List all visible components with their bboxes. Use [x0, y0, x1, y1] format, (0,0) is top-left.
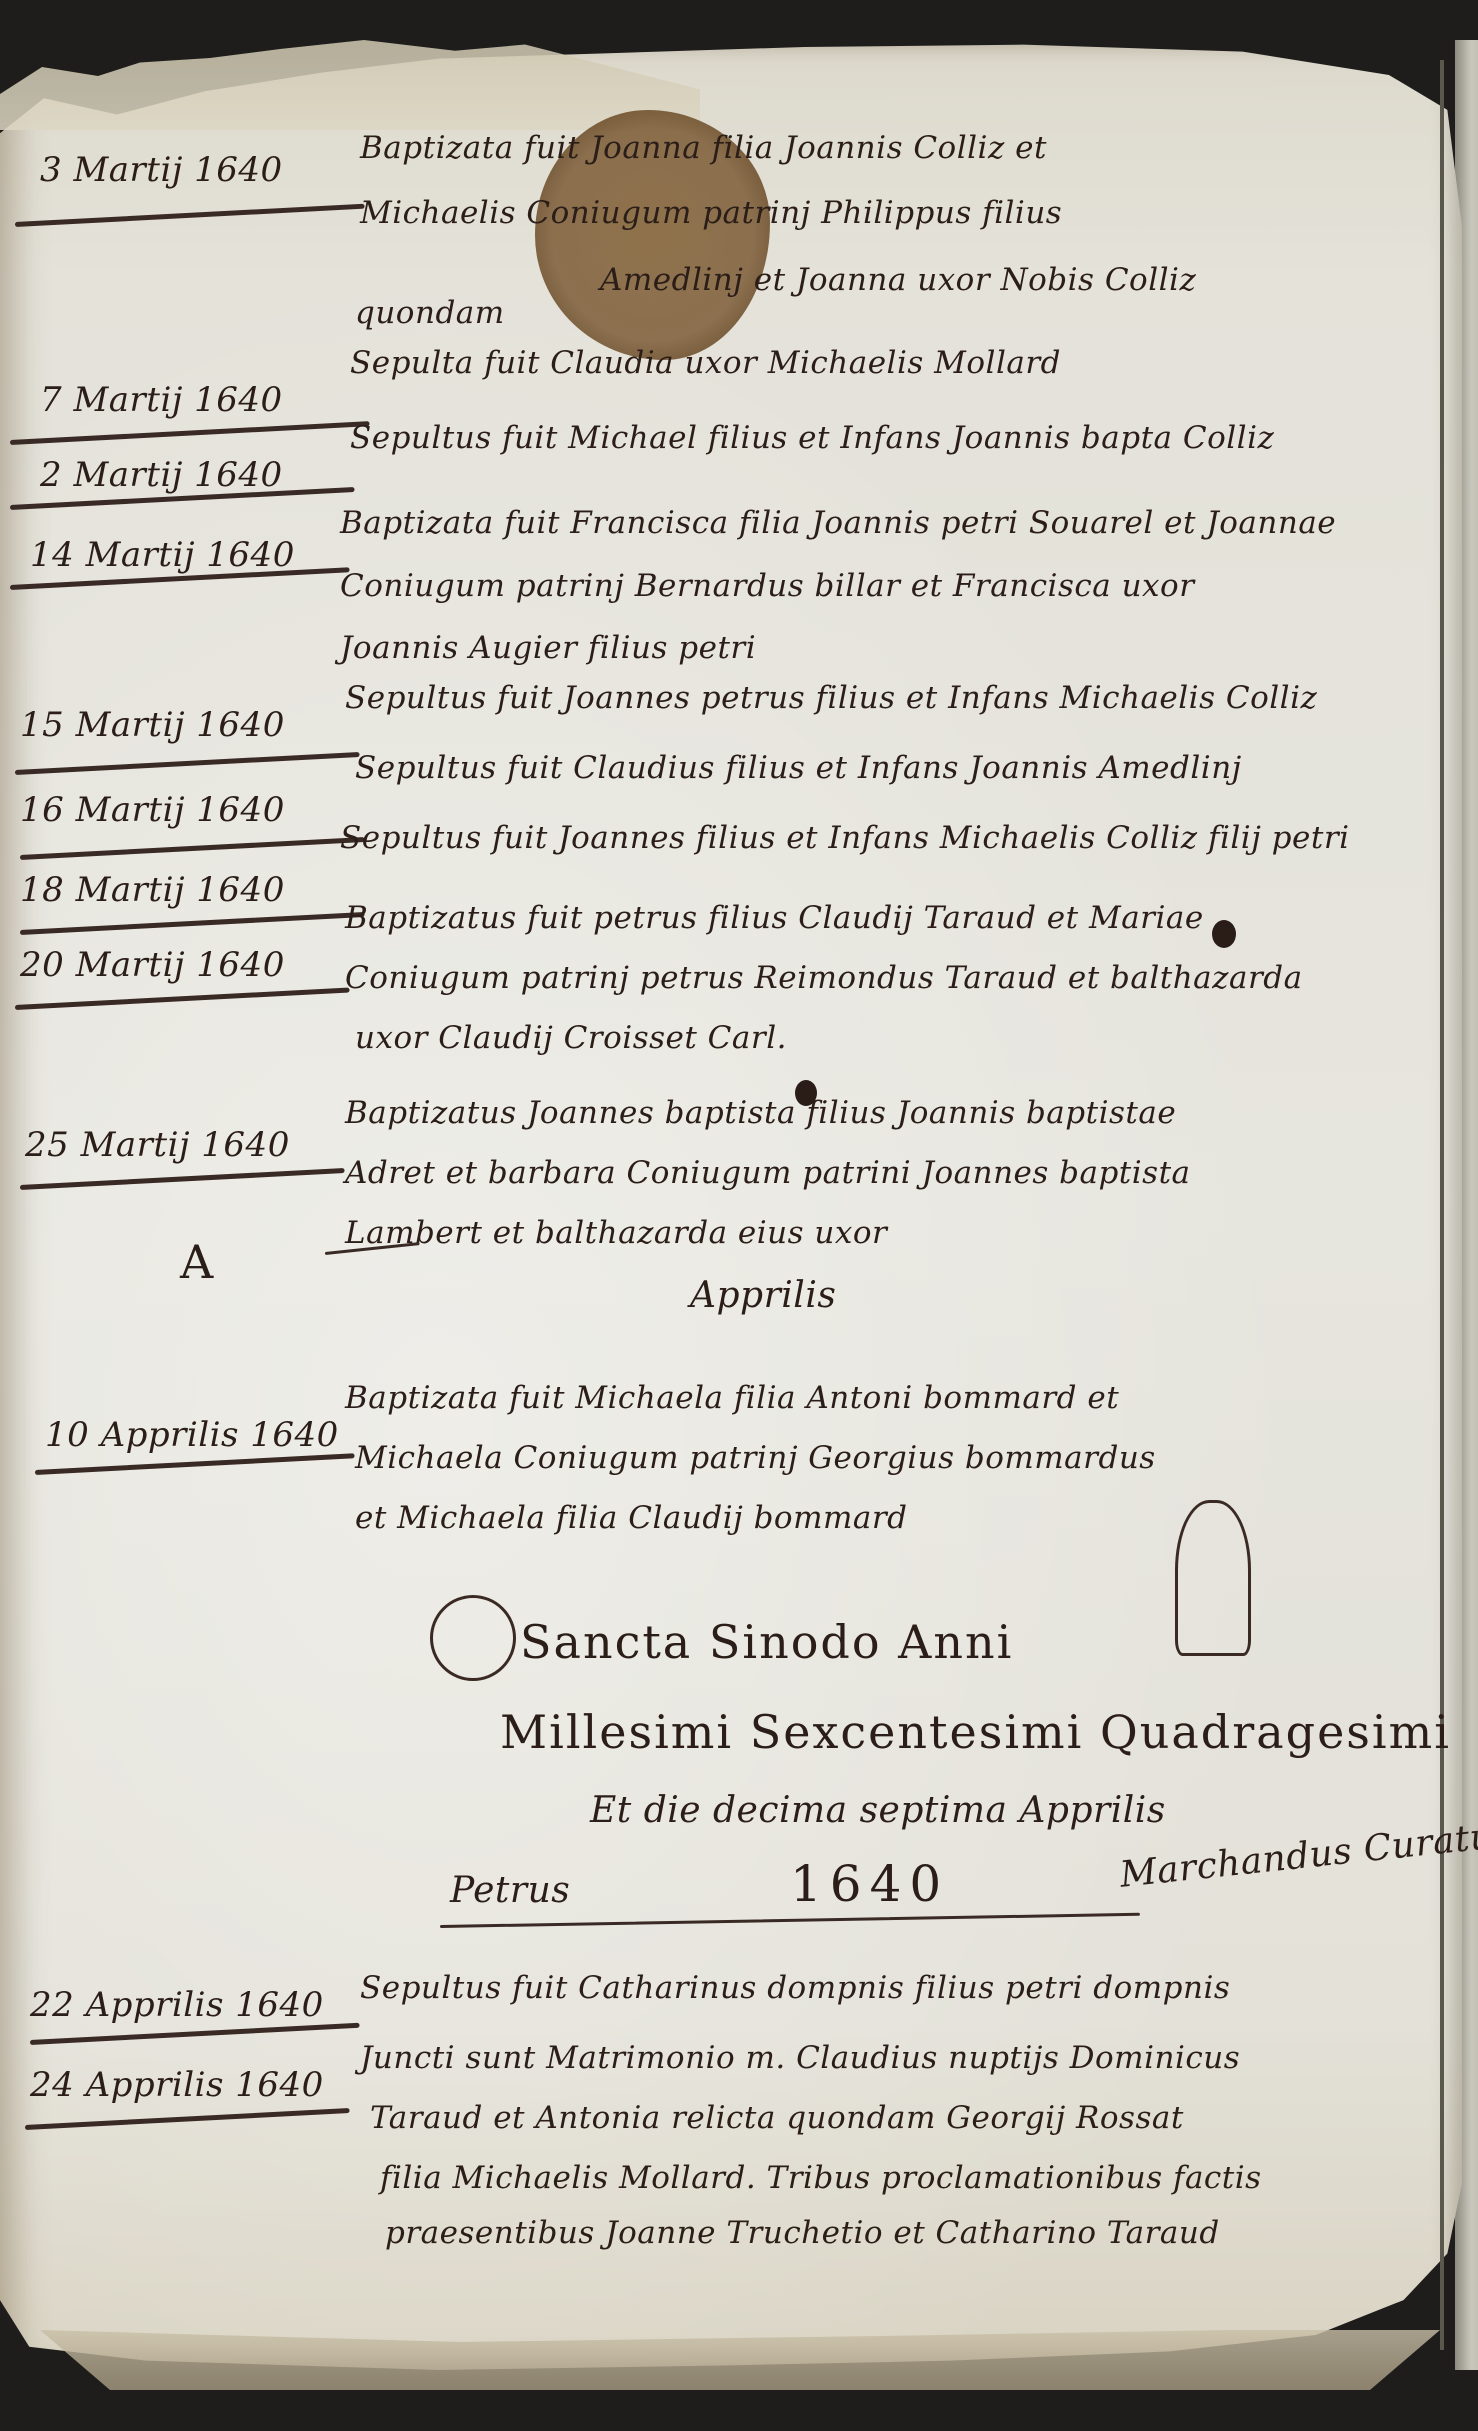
- entry-line: Michaelis Coniugum patrinj Philippus fil…: [360, 195, 1062, 231]
- ink-blot: [795, 1080, 817, 1106]
- entry-date: 15 Martij 1640: [20, 705, 285, 745]
- entry-date: 10 Apprilis 1640: [45, 1415, 339, 1455]
- entry-date: 18 Martij 1640: [20, 870, 285, 910]
- entry-line: quondam: [355, 295, 505, 331]
- ink-blot: [1212, 920, 1236, 948]
- synod-line-2: Millesimi Sexcentesimi Quadragesimi: [500, 1705, 1451, 1759]
- entry-date: 7 Martij 1640: [40, 380, 283, 420]
- entry-date: 14 Martij 1640: [30, 535, 295, 575]
- bottom-folded-edge: [40, 2330, 1440, 2390]
- entry-date: 2 Martij 1640: [40, 455, 283, 495]
- entry-line: Joannis Augier filius petri: [340, 630, 756, 666]
- entry-line: Sepultus fuit Joannes petrus filius et I…: [345, 680, 1317, 716]
- entry-line: Baptizata fuit Francisca filia Joannis p…: [340, 505, 1336, 541]
- margin-mark: A: [180, 1235, 214, 1289]
- synod-line-1: Sancta Sinodo Anni: [520, 1615, 1013, 1669]
- torn-top-edge: [0, 40, 700, 130]
- flourish-ornament: [430, 1595, 516, 1681]
- entry-date: 20 Martij 1640: [20, 945, 285, 985]
- entry-line: Coniugum patrinj petrus Reimondus Taraud…: [345, 960, 1303, 996]
- entry-line: Sepulta fuit Claudia uxor Michaelis Moll…: [350, 345, 1061, 381]
- entry-line: et Michaela filia Claudij bommard: [355, 1500, 908, 1536]
- entry-line: uxor Claudij Croisset Carl.: [355, 1020, 787, 1056]
- entry-date: 16 Martij 1640: [20, 790, 285, 830]
- entry-date: 25 Martij 1640: [25, 1125, 290, 1165]
- entry-line: Baptizata fuit Michaela filia Antoni bom…: [345, 1380, 1119, 1416]
- entry-line: filia Michaelis Mollard. Tribus proclama…: [380, 2160, 1262, 2196]
- entry-line: Coniugum patrinj Bernardus billar et Fra…: [340, 568, 1195, 604]
- entry-line: Amedlinj et Joanna uxor Nobis Colliz: [600, 262, 1196, 298]
- entry-line: Adret et barbara Coniugum patrini Joanne…: [345, 1155, 1191, 1191]
- entry-line: Sepultus fuit Claudius filius et Infans …: [355, 750, 1242, 786]
- month-heading: Apprilis: [690, 1275, 836, 1316]
- entry-date: 24 Apprilis 1640: [30, 2065, 324, 2105]
- entry-line: Baptizatus Joannes baptista filius Joann…: [345, 1095, 1176, 1131]
- entry-line: Juncti sunt Matrimonio m. Claudius nupti…: [360, 2040, 1240, 2076]
- page-gutter-line: [1440, 60, 1444, 2350]
- synod-line-3: Et die decima septima Apprilis: [590, 1790, 1166, 1831]
- entry-line: Baptizatus fuit petrus filius Claudij Ta…: [345, 900, 1204, 936]
- entry-line: praesentibus Joanne Truchetio et Cathari…: [385, 2215, 1220, 2251]
- signature-year: 1640: [790, 1855, 949, 1913]
- entry-line: Baptizata fuit Joanna filia Joannis Coll…: [360, 130, 1047, 166]
- entry-date: 22 Apprilis 1640: [30, 1985, 324, 2025]
- entry-line: Sepultus fuit Catharinus dompnis filius …: [360, 1970, 1230, 2006]
- entry-line: Sepultus fuit Michael filius et Infans J…: [350, 420, 1274, 456]
- flourish-ornament: [1175, 1500, 1251, 1656]
- entry-line: Lambert et balthazarda eius uxor: [345, 1215, 887, 1251]
- entry-line: Michaela Coniugum patrinj Georgius bomma…: [355, 1440, 1156, 1476]
- entry-line: Sepultus fuit Joannes filius et Infans M…: [340, 820, 1350, 856]
- entry-line: Taraud et Antonia relicta quondam Georgi…: [370, 2100, 1184, 2136]
- entry-date: 3 Martij 1640: [40, 150, 283, 190]
- signature-first-name: Petrus: [450, 1870, 570, 1911]
